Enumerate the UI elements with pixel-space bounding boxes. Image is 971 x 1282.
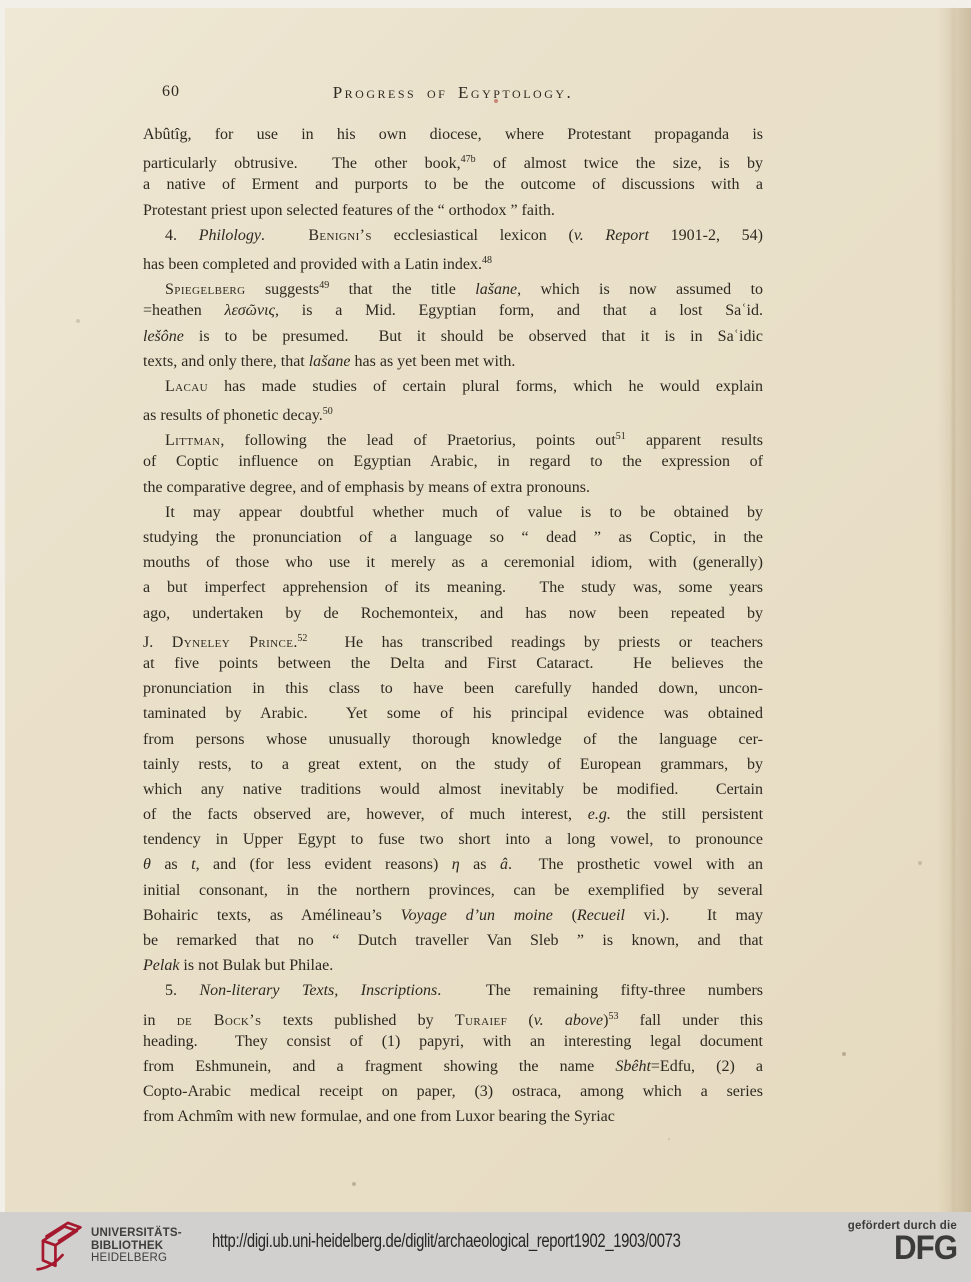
text-segment: , following the lead of Praetorius, poin…	[220, 432, 615, 449]
text-segment: as	[151, 856, 191, 873]
text-segment: Recueil	[577, 907, 625, 924]
text-segment: has as yet been met with.	[351, 353, 516, 370]
text-line: It may appear doubtful whether much of v…	[143, 500, 763, 525]
text-line: in de Bock’s texts published by Turaief …	[143, 1004, 763, 1029]
dfg-credit: gefördert durch die DFG	[848, 1220, 957, 1263]
text-segment: Spiegelberg	[165, 281, 246, 298]
text-line: as results of phonetic decay.50	[143, 399, 763, 424]
text-segment: =Edfu, (2) a	[651, 1058, 763, 1075]
text-segment: fall under this	[618, 1012, 763, 1029]
text-segment: ago, undertaken by de Rochemonteix, and …	[143, 605, 763, 622]
text-line: from Eshmunein, and a fragment showing t…	[143, 1054, 763, 1079]
text-segment: =heathen	[143, 302, 225, 319]
page-crease	[952, 8, 955, 1212]
text-line: Littman, following the lead of Praetoriu…	[143, 424, 763, 449]
text-segment: tainly rests, to a great extent, on the …	[143, 756, 763, 773]
text-line: tainly rests, to a great extent, on the …	[143, 752, 763, 777]
text-segment: Philology	[199, 227, 261, 244]
text-segment: . The remaining fifty-three numbers	[437, 982, 763, 999]
text-segment: that the title	[329, 281, 475, 298]
book-page: 60 Progress of Egyptology. Abûtîg, for u…	[5, 8, 971, 1212]
text-segment: Abûtîg, for use in his own diocese, wher…	[143, 126, 763, 143]
text-segment: as results of phonetic decay.	[143, 407, 323, 424]
text-segment: at five points between the Delta and Fir…	[143, 655, 763, 672]
page-number: 60	[162, 83, 180, 101]
footnote-marker: 52	[297, 633, 307, 644]
text-segment: η	[452, 856, 460, 873]
text-segment: particularly obtrusive. The other book,	[143, 155, 461, 172]
text-segment: from Eshmunein, and a fragment showing t…	[143, 1058, 615, 1075]
text-line: at five points between the Delta and Fir…	[143, 651, 763, 676]
text-segment: the still persistent	[611, 806, 763, 823]
footnote-marker: 50	[323, 406, 333, 417]
text-line: Spiegelberg suggests49 that the title la…	[143, 273, 763, 298]
text-line: which any native traditions would almost…	[143, 777, 763, 802]
page-header: 60 Progress of Egyptology.	[143, 83, 763, 105]
text-line: studying the pronunciation of a language…	[143, 525, 763, 550]
text-segment: texts published by	[262, 1012, 455, 1029]
text-line: 4. Philology. Benigni’s ecclesiastical l…	[143, 223, 763, 248]
scanned-page-viewport: 60 Progress of Egyptology. Abûtîg, for u…	[0, 0, 971, 1282]
text-segment: Protestant priest upon selected features…	[143, 202, 555, 219]
ub-heidelberg-books-icon	[34, 1221, 84, 1273]
text-segment: Sbêht	[615, 1058, 651, 1075]
text-segment: from persons whose unusually thorough kn…	[143, 731, 763, 748]
text-segment: a but imperfect apprehension of its mean…	[143, 579, 763, 596]
text-line: θ as t, and (for less evident reasons) η…	[143, 852, 763, 877]
text-segment: the comparative degree, and of emphasis …	[143, 479, 590, 496]
text-segment: λεσῶνις	[225, 302, 275, 319]
text-segment: .	[261, 227, 308, 244]
text-line: =heathen λεσῶνις, is a Mid. Egyptian for…	[143, 298, 763, 323]
running-header: Progress of Egyptology.	[143, 83, 763, 103]
text-line: particularly obtrusive. The other book,4…	[143, 147, 763, 172]
footnote-marker: 51	[616, 431, 626, 442]
text-line: mouths of those who use it merely as a c…	[143, 550, 763, 575]
text-line: a but imperfect apprehension of its mean…	[143, 575, 763, 600]
text-segment: 4.	[165, 227, 199, 244]
text-line: pronunciation in this class to have been…	[143, 676, 763, 701]
text-segment: studying the pronunciation of a language…	[143, 529, 763, 546]
text-segment: lešône	[143, 328, 184, 345]
paper-specks	[5, 8, 7, 10]
library-name: UNIVERSITÄTS- BIBLIOTHEK HEIDELBERG	[91, 1227, 182, 1265]
text-segment: is to be presumed. But it should be obse…	[184, 328, 763, 345]
text-segment: vi.). It may	[625, 907, 763, 924]
text-segment: â	[500, 856, 508, 873]
text-line: taminated by Arabic. Yet some of his pri…	[143, 701, 763, 726]
text-segment: (	[553, 907, 577, 924]
text-line: the comparative degree, and of emphasis …	[143, 475, 763, 500]
footnote-marker: 53	[608, 1011, 618, 1022]
text-segment: J.	[143, 634, 172, 651]
text-segment: in	[143, 1012, 177, 1029]
text-segment: , is a Mid. Egyptian form, and that a lo…	[275, 302, 763, 319]
text-line: Pelak is not Bulak but Philae.	[143, 953, 763, 978]
text-segment: of the facts observed are, however, of m…	[143, 806, 588, 823]
text-segment: tendency in Upper Egypt to fuse two shor…	[143, 831, 763, 848]
footnote-marker: 47b	[461, 154, 476, 165]
text-segment: Voyage d’un moine	[401, 907, 553, 924]
library-name-line2: BIBLIOTHEK	[91, 1240, 182, 1253]
text-segment: , which is now assumed to	[517, 281, 763, 298]
text-segment: mouths of those who use it merely as a c…	[143, 554, 763, 571]
text-segment: Lacau	[165, 378, 208, 395]
text-line: 5. Non-literary Texts, Inscriptions. The…	[143, 978, 763, 1003]
text-segment: initial consonant, in the northern provi…	[143, 882, 763, 899]
text-segment: 1901-2, 54)	[649, 227, 763, 244]
text-segment: It may appear doubtful whether much of v…	[165, 504, 763, 521]
text-segment: is not Bulak but Philae.	[179, 957, 333, 974]
document-url: http://digi.ub.uni-heidelberg.de/diglit/…	[212, 1231, 680, 1253]
text-segment: e.g.	[588, 806, 611, 823]
text-segment: (	[507, 1012, 534, 1029]
text-segment: from Achmîm with new formulae, and one f…	[143, 1108, 615, 1125]
text-line: Copto-Arabic medical receipt on paper, (…	[143, 1079, 763, 1104]
text-segment: Turaief	[455, 1012, 507, 1029]
text-segment: Dyneley Prince	[172, 634, 294, 651]
text-segment: of Coptic influence on Egyptian Arabic, …	[143, 453, 763, 470]
text-segment: θ	[143, 856, 151, 873]
text-line: J. Dyneley Prince.52 He has transcribed …	[143, 626, 763, 651]
text-segment: which any native traditions would almost…	[143, 781, 763, 798]
text-line: Abûtîg, for use in his own diocese, wher…	[143, 122, 763, 147]
dfg-logo: DFG	[857, 1233, 957, 1263]
text-line: Lacau has made studies of certain plural…	[143, 374, 763, 399]
text-line: Protestant priest upon selected features…	[143, 198, 763, 223]
text-segment: Copto-Arabic medical receipt on paper, (…	[143, 1083, 763, 1100]
text-segment: a native of Erment and purports to be th…	[143, 176, 763, 193]
text-segment: v. Report	[574, 227, 649, 244]
document-url-wrap: http://digi.ub.uni-heidelberg.de/diglit/…	[212, 1231, 772, 1253]
digitization-footer: UNIVERSITÄTS- BIBLIOTHEK HEIDELBERG http…	[0, 1212, 971, 1282]
text-segment: de Bock’s	[177, 1012, 262, 1029]
text-segment: , and (for less evident reasons)	[196, 856, 452, 873]
text-segment: has made studies of certain plural forms…	[208, 378, 763, 395]
footnote-marker: 48	[482, 255, 492, 266]
text-line: has been completed and provided with a L…	[143, 248, 763, 273]
text-line: of Coptic influence on Egyptian Arabic, …	[143, 449, 763, 474]
text-segment: lašane	[309, 353, 351, 370]
library-name-line1: UNIVERSITÄTS-	[91, 1227, 182, 1240]
text-line: initial consonant, in the northern provi…	[143, 878, 763, 903]
text-segment: He has transcribed readings by priests o…	[307, 634, 763, 651]
library-name-line3: HEIDELBERG	[91, 1252, 182, 1265]
text-segment: Benigni’s	[308, 227, 372, 244]
text-segment: Non-literary Texts, Inscriptions	[199, 982, 437, 999]
text-line: of the facts observed are, however, of m…	[143, 802, 763, 827]
text-line: lešône is to be presumed. But it should …	[143, 324, 763, 349]
text-segment: heading. They consist of (1) papyri, wit…	[143, 1033, 763, 1050]
text-segment: of almost twice the size, is by	[476, 155, 763, 172]
text-segment: lašane	[475, 281, 517, 298]
page-text: Abûtîg, for use in his own diocese, wher…	[143, 122, 763, 1130]
text-line: be remarked that no “ Dutch traveller Va…	[143, 928, 763, 953]
footnote-marker: 49	[319, 280, 329, 291]
text-segment: be remarked that no “ Dutch traveller Va…	[143, 932, 763, 949]
text-segment: apparent results	[626, 432, 763, 449]
text-line: from Achmîm with new formulae, and one f…	[143, 1104, 763, 1129]
text-line: heading. They consist of (1) papyri, wit…	[143, 1029, 763, 1054]
text-segment: Pelak	[143, 957, 179, 974]
text-segment: ecclesiastical lexicon (	[372, 227, 574, 244]
text-segment: has been completed and provided with a L…	[143, 256, 482, 273]
text-segment: Littman	[165, 432, 220, 449]
text-segment: Bohairic texts, as Amélineau’s	[143, 907, 401, 924]
text-segment: texts, and only there, that	[143, 353, 309, 370]
text-line: tendency in Upper Egypt to fuse two shor…	[143, 827, 763, 852]
text-line: ago, undertaken by de Rochemonteix, and …	[143, 601, 763, 626]
text-line: a native of Erment and purports to be th…	[143, 172, 763, 197]
text-segment: 5.	[165, 982, 199, 999]
text-segment: pronunciation in this class to have been…	[143, 680, 763, 697]
text-line: texts, and only there, that lašane has a…	[143, 349, 763, 374]
text-segment: suggests	[246, 281, 320, 298]
text-segment: v. above	[534, 1012, 603, 1029]
text-segment: . The prosthetic vowel with an	[508, 856, 763, 873]
text-line: from persons whose unusually thorough kn…	[143, 727, 763, 752]
text-segment: taminated by Arabic. Yet some of his pri…	[143, 705, 763, 722]
text-line: Bohairic texts, as Amélineau’s Voyage d’…	[143, 903, 763, 928]
text-segment: as	[460, 856, 500, 873]
